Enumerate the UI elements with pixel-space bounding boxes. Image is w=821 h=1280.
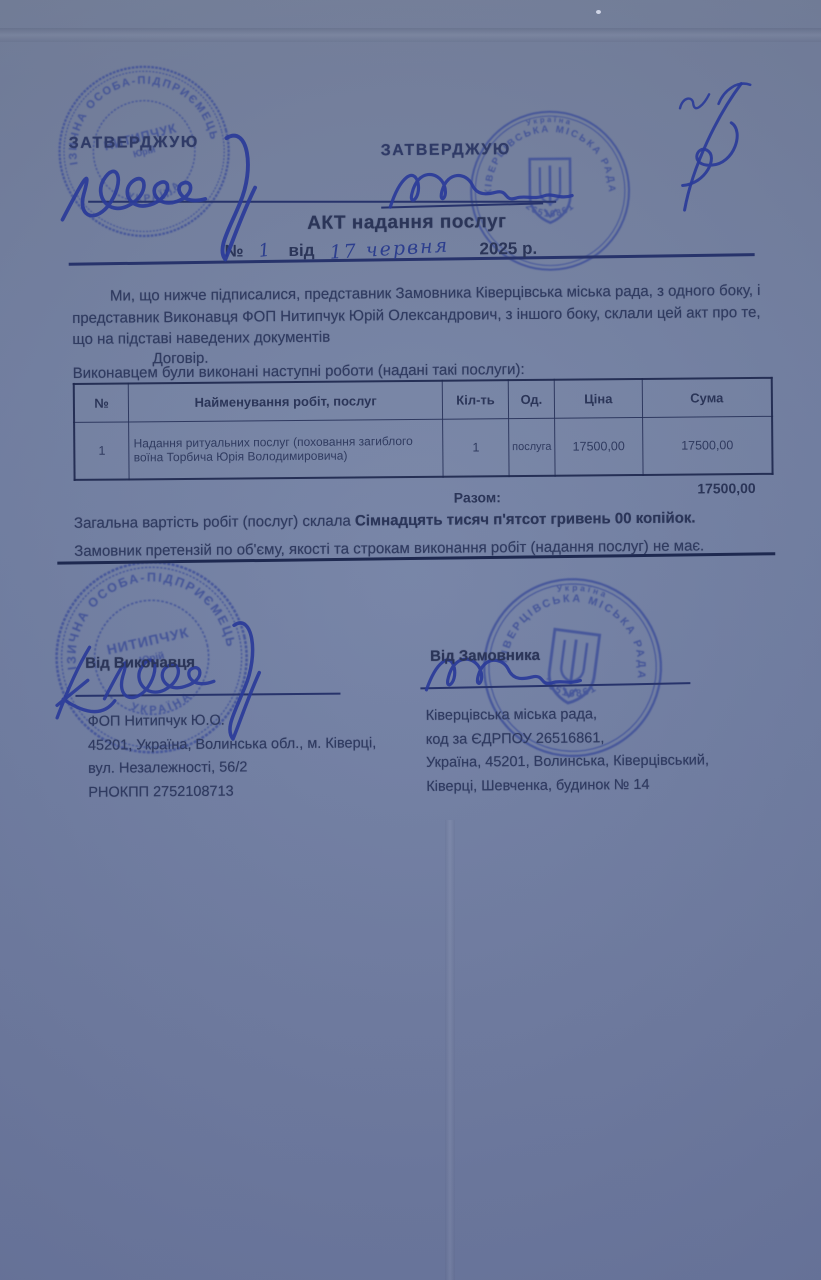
customer-details-block: Ківерцівська міська рада, код за ЄДРПОУ … (426, 702, 767, 799)
cell-sum: 17500,00 (642, 416, 772, 475)
total-label: Разом: (454, 489, 501, 505)
col-header-price: Ціна (554, 379, 642, 418)
document-body: ФІЗИЧНА ОСОБА-ПІДПРИЄМЕЦЬ УКРАЇНА НИТИПЧ… (0, 0, 821, 1280)
contractor-line: вул. Незалежності, 56/2 (88, 755, 418, 781)
col-header-name: Найменування робіт, послуг (129, 381, 443, 422)
cell-unit: послуга (509, 418, 555, 476)
total-in-words-line: Загальна вартість робіт (послуг) склала … (74, 507, 774, 535)
col-header-unit: Од. (508, 380, 554, 418)
contractor-signature-label: Від Виконавця (85, 654, 195, 672)
total-words-prefix: Загальна вартість робіт (послуг) склала (74, 512, 355, 531)
col-header-num: № (74, 383, 129, 421)
intro-paragraph: Ми, що нижче підписалися, представник За… (72, 280, 763, 351)
table-row: 1 Надання ритуальних послуг (поховання з… (74, 416, 772, 480)
cell-price: 17500,00 (555, 417, 643, 476)
table-header-row: № Найменування робіт, послуг Кіл-ть Од. … (74, 378, 772, 422)
services-table: № Найменування робіт, послуг Кіл-ть Од. … (73, 377, 774, 481)
cell-qty: 1 (443, 418, 509, 477)
year-value: 2025 р. (479, 239, 537, 259)
total-value: 17500,00 (599, 480, 756, 497)
signature-contractor-bottom (42, 616, 353, 749)
signature-customer-top (384, 153, 585, 230)
contractor-line: РНОКПП 2752108713 (88, 778, 418, 804)
col-header-qty: Кіл-ть (442, 380, 508, 419)
col-header-sum: Сума (642, 378, 772, 417)
customer-signature-label: Від Замовника (430, 647, 540, 665)
cell-num: 1 (74, 421, 129, 479)
scanned-document-photo: ФІЗИЧНА ОСОБА-ПІДПРИЄМЕЦЬ УКРАЇНА НИТИПЧ… (0, 0, 821, 1280)
signature-contractor-top (51, 130, 382, 268)
customer-line: код за ЄДРПОУ 26516861, (426, 725, 766, 751)
customer-line: Ківерці, Шевченка, будинок № 14 (426, 772, 766, 798)
total-words-bold: Сімнадцять тисяч п'ятсот гривень 00 копі… (355, 510, 696, 530)
customer-line: Україна, 45201, Волинська, Ківерцівський… (426, 749, 766, 775)
cell-name: Надання ритуальних послуг (поховання заг… (129, 419, 443, 480)
